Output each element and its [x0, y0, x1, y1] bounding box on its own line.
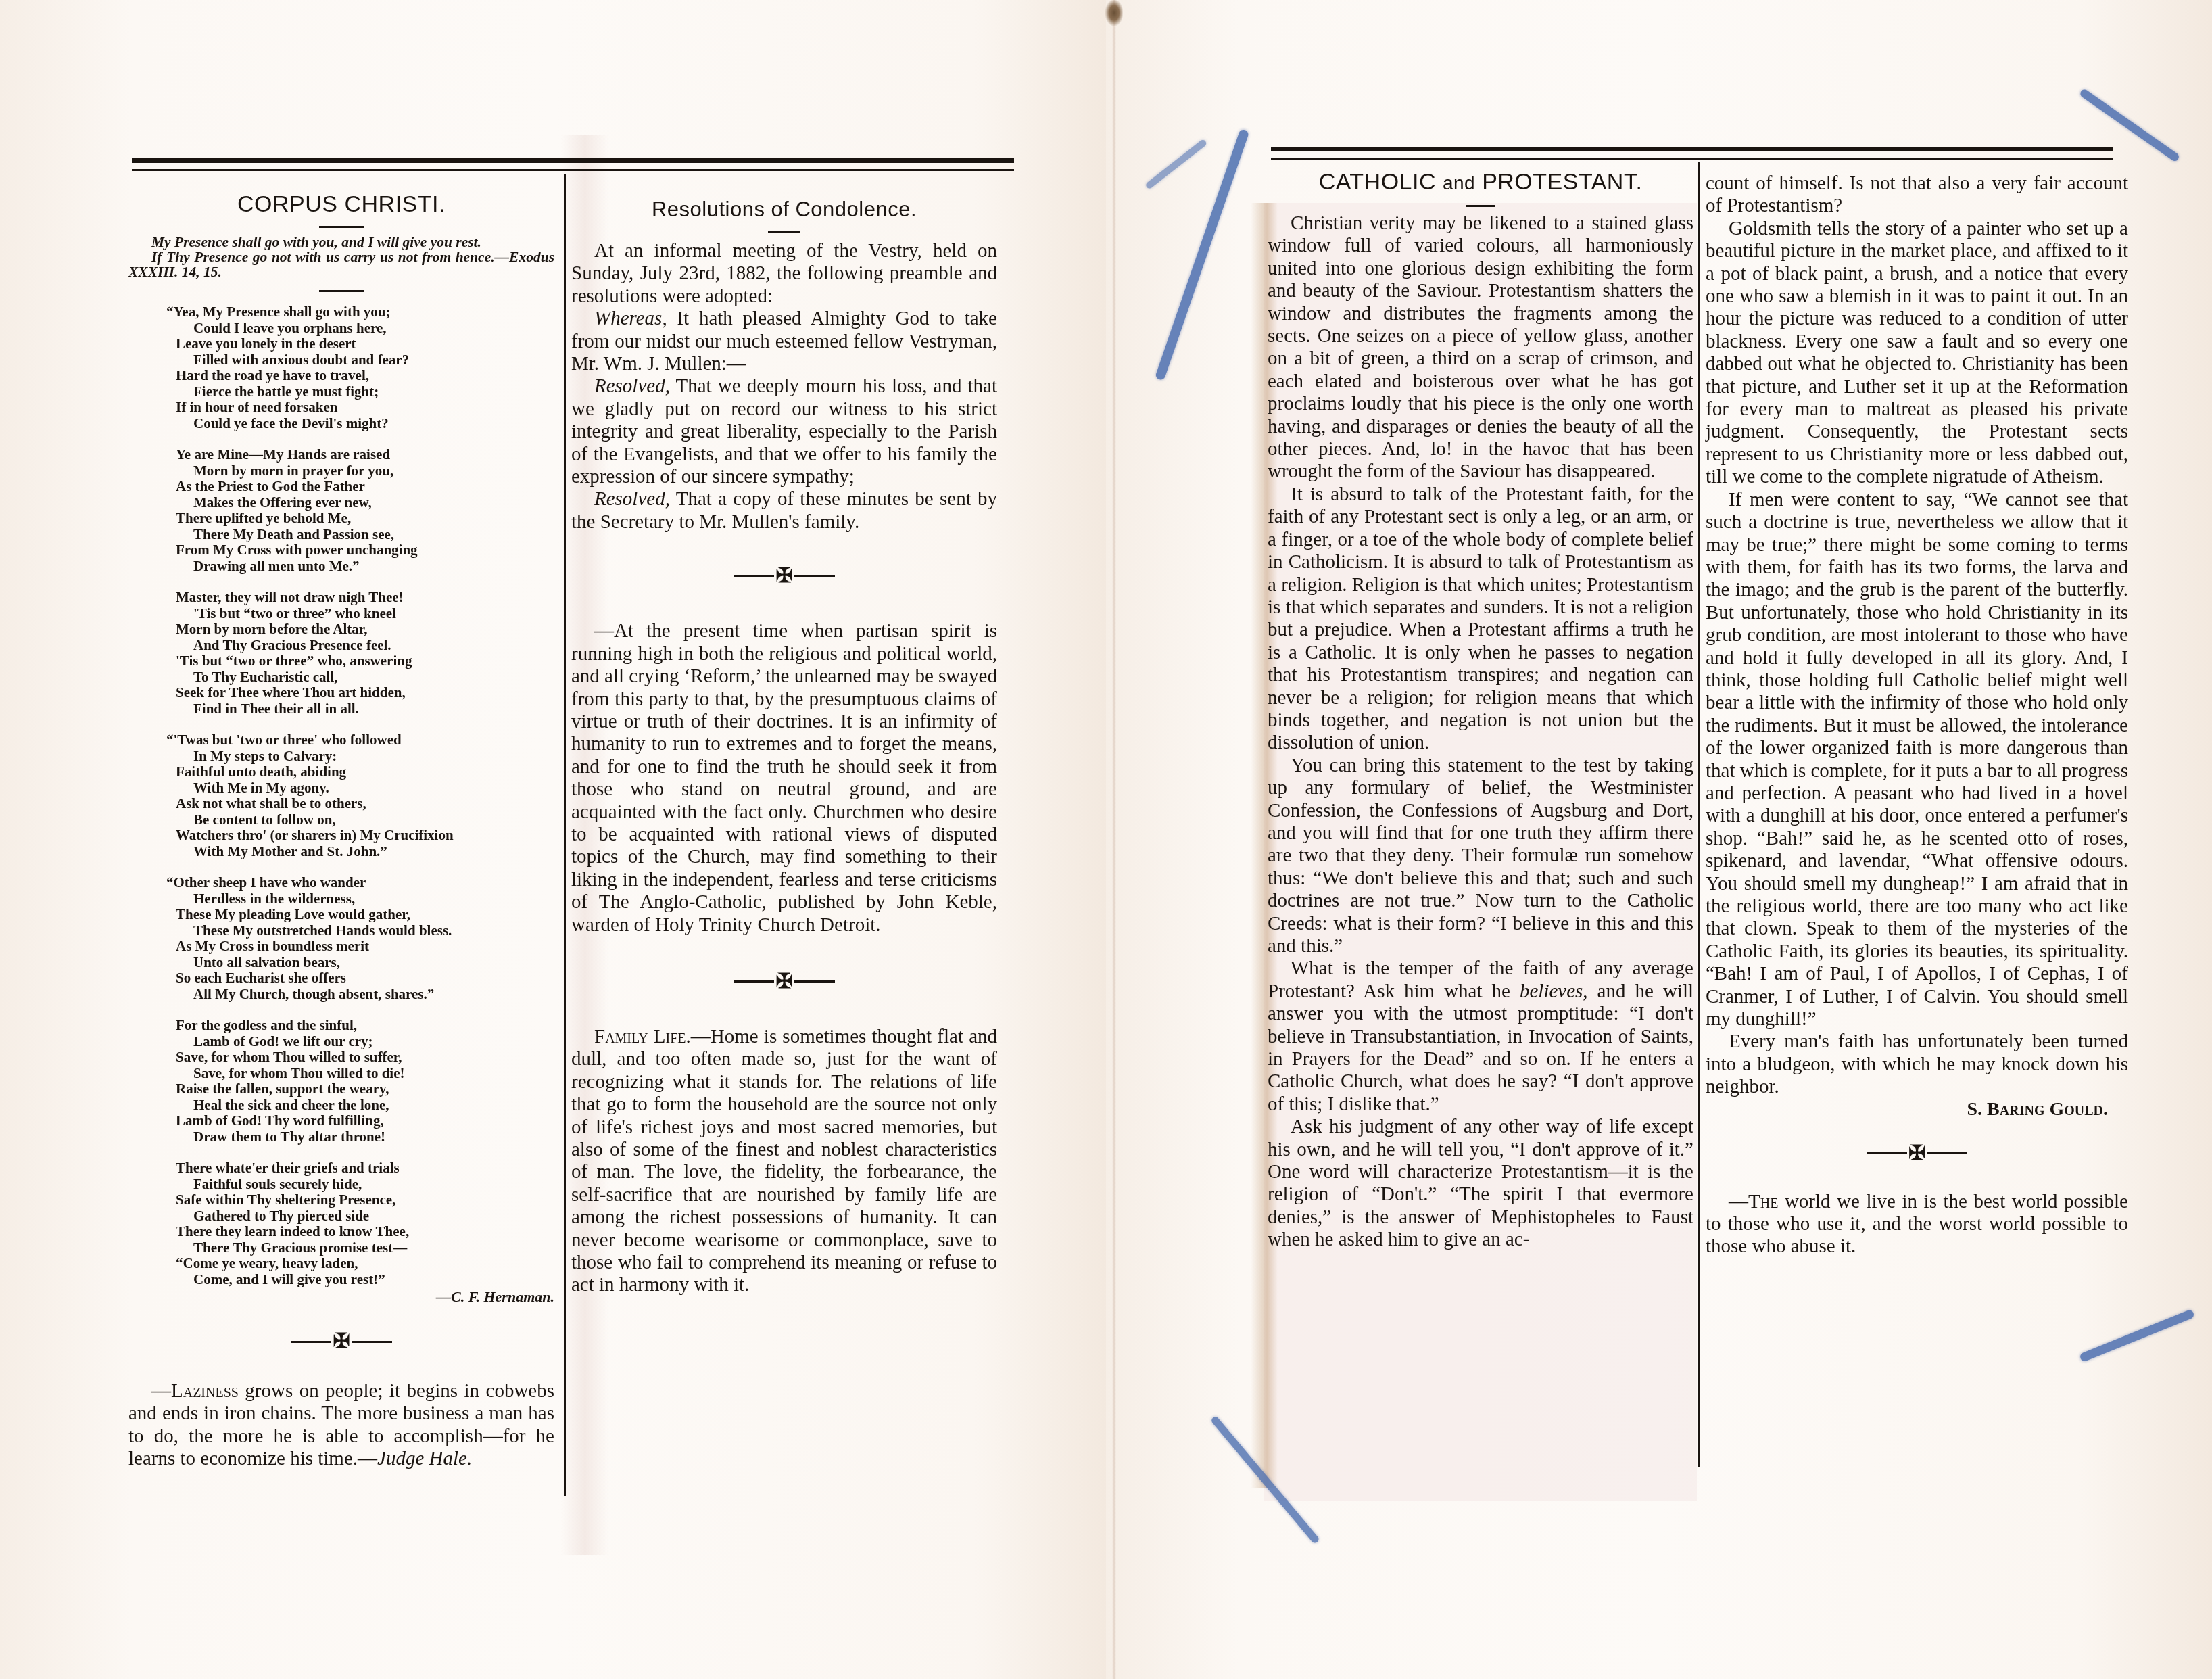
- poem-line: These My outstretched Hands would bless.: [176, 923, 554, 939]
- cross-icon: ✠: [1908, 1143, 1925, 1164]
- laziness-paragraph: —Laziness grows on people; it begins in …: [128, 1380, 554, 1471]
- poem-line: 'Tis but “two or three” who kneel: [176, 606, 554, 622]
- emphasis-believes: believes: [1520, 980, 1583, 1002]
- poem-line: “Come ye weary, heavy laden,: [176, 1256, 554, 1272]
- poem-line: Morn by morn before the Altar,: [176, 621, 554, 638]
- ornamental-divider: ✠: [571, 972, 997, 992]
- world-lead: —The: [1729, 1191, 1778, 1212]
- paragraph: count of himself. Is not that also a ver…: [1706, 172, 2128, 218]
- poem-line: With Me in My agony.: [176, 780, 554, 797]
- poem-line: Makes the Offering ever new,: [176, 495, 554, 511]
- ornamental-divider: ✠: [1706, 1143, 2128, 1164]
- poem-line: So each Eucharist she offers: [176, 970, 554, 987]
- title-rule: [1466, 205, 1495, 207]
- paragraph: Goldsmith tells the story of a painter w…: [1706, 218, 2128, 489]
- poem-line: There My Death and Passion see,: [176, 527, 554, 543]
- poem-line: Safe within Thy sheltering Presence,: [176, 1192, 554, 1208]
- poem-line: Be content to follow on,: [176, 812, 554, 828]
- paragraph: Christian verity may be likened to a sta…: [1268, 212, 1693, 483]
- poem-line: Master, they will not draw nigh Thee!: [176, 590, 554, 606]
- poem-line: Ask not what shall be to others,: [176, 796, 554, 812]
- poem-line: Heal the sick and cheer the lone,: [176, 1097, 554, 1114]
- resolutions-text: At an informal meeting of the Vestry, he…: [571, 240, 997, 534]
- poem-stanza: Master, they will not draw nigh Thee!'Ti…: [176, 590, 554, 717]
- resolutions-intro: At an informal meeting of the Vestry, he…: [571, 240, 997, 308]
- article-title-catholic-protestant: CATHOLIC and PROTESTANT.: [1268, 169, 1693, 195]
- poem-line: Herdless in the wilderness,: [176, 891, 554, 907]
- cross-icon: ✠: [775, 972, 792, 992]
- poem-line: Gathered to Thy pierced side: [176, 1208, 554, 1225]
- poem-line: There Thy Gracious promise test—: [176, 1240, 554, 1256]
- title-part: and: [1443, 172, 1475, 193]
- epigraph-rule: [319, 290, 364, 292]
- poem-stanza: “'Twas but 'two or three' who followedIn…: [176, 732, 554, 859]
- poem-stanza: There whate'er their griefs and trialsFa…: [176, 1160, 554, 1287]
- paragraph: Every man's faith has unfortunately been…: [1706, 1031, 2128, 1098]
- title-part: CATHOLIC: [1319, 169, 1436, 195]
- column-catholic-protestant: CATHOLIC and PROTESTANT. Christian verit…: [1268, 169, 1693, 1252]
- poem-stanza: “Other sheep I have who wanderHerdless i…: [176, 875, 554, 1002]
- poem-line: From My Cross with power unchanging: [176, 542, 554, 559]
- partisan-text: —At the present time when partisan spiri…: [571, 620, 997, 937]
- catholic-protestant-text: Christian verity may be likened to a sta…: [1268, 212, 1693, 1252]
- title-part: PROTESTANT.: [1482, 169, 1642, 195]
- continuation-text: count of himself. Is not that also a ver…: [1706, 172, 2128, 1099]
- poem-line: Ye are Mine—My Hands are raised: [176, 447, 554, 463]
- poem-line: “Yea, My Presence shall go with you;: [166, 304, 554, 321]
- poem-line: There they learn indeed to know Thee,: [176, 1224, 554, 1240]
- top-rule-thick-right: [1271, 147, 2113, 151]
- poem-line: Draw them to Thy altar throne!: [176, 1129, 554, 1145]
- world-paragraph: —The world we live in is the best world …: [1706, 1191, 2128, 1258]
- top-rule-thin-left: [132, 169, 1014, 171]
- paragraph: If men were content to say, “We cannot s…: [1706, 489, 2128, 1031]
- ornamental-divider: ✠: [128, 1331, 554, 1352]
- column-continuation: count of himself. Is not that also a ver…: [1706, 172, 2128, 1258]
- family-life-lead: Family Life.: [594, 1026, 691, 1047]
- poem-line: Unto all salvation bears,: [176, 955, 554, 971]
- poem-line: Lamb of God! we lift our cry;: [176, 1034, 554, 1050]
- epigraph-line: My Presence shall go with you, and I wil…: [128, 235, 554, 250]
- laziness-author: Judge Hale.: [377, 1448, 472, 1469]
- poem-line: Hard the road ye have to travel,: [176, 368, 554, 384]
- cross-icon: ✠: [775, 566, 792, 586]
- poem-line: Watchers thro' (or sharers in) My Crucif…: [176, 828, 554, 844]
- author-signature: S. Baring Gould.: [1706, 1099, 2128, 1120]
- poem-line: Could I leave you orphans here,: [176, 321, 554, 337]
- family-life-paragraph: Family Life.—Home is sometimes thought f…: [571, 1026, 997, 1297]
- resolved-label: Resolved,: [594, 488, 670, 510]
- epigraph-line: If Thy Presence go not with us carry us …: [128, 250, 554, 279]
- column-corpus-christi: CORPUS CHRISTI. My Presence shall go wit…: [128, 191, 554, 1471]
- poem-line: Find in Thee their all in all.: [176, 701, 554, 717]
- poem-stanza: Ye are Mine—My Hands are raisedMorn by m…: [176, 447, 554, 574]
- poem-line: Leave you lonely in the desert: [176, 336, 554, 352]
- resolved-label: Resolved,: [594, 375, 670, 397]
- poem-line: Faithful unto death, abiding: [176, 764, 554, 780]
- paragraph: You can bring this statement to the test…: [1268, 755, 1693, 958]
- poem-line: Save, for whom Thou willed to die!: [176, 1066, 554, 1082]
- poem-line: Drawing all men unto Me.”: [176, 559, 554, 575]
- poem-line: All My Church, though absent, shares.”: [176, 987, 554, 1003]
- title-rule: [319, 226, 364, 228]
- poem-line: “Other sheep I have who wander: [166, 875, 554, 891]
- poem-line: Faithful souls securely hide,: [176, 1177, 554, 1193]
- poem-line: Filled with anxious doubt and fear?: [176, 352, 554, 369]
- poem-line: “'Twas but 'two or three' who followed: [166, 732, 554, 749]
- poem-line: If in hour of need forsaken: [176, 400, 554, 416]
- poem-line: With My Mother and St. John.”: [176, 844, 554, 860]
- poem-line: And Thy Gracious Presence feel.: [176, 638, 554, 654]
- column-divider-right: [1698, 162, 1700, 1467]
- paragraph: It is absurd to talk of the Protestant f…: [1268, 483, 1693, 755]
- poem: “Yea, My Presence shall go with you;Coul…: [128, 304, 554, 1287]
- epigraph: My Presence shall go with you, and I wil…: [128, 235, 554, 279]
- center-fold: [1112, 0, 1116, 1679]
- paragraph: What is the temper of the faith of any a…: [1268, 957, 1693, 1116]
- poem-line: Fierce the battle ye must fight;: [176, 384, 554, 400]
- poem-line: Raise the fallen, support the weary,: [176, 1081, 554, 1097]
- poem-attribution: —C. F. Hernaman.: [128, 1288, 554, 1306]
- cross-icon: ✠: [333, 1331, 350, 1352]
- column-resolutions: Resolutions of Condolence. At an informa…: [571, 197, 997, 1297]
- top-rule-thin-right: [1271, 158, 2113, 160]
- poem-line: Could ye face the Devil's might?: [176, 416, 554, 432]
- poem-line: There uplifted ye behold Me,: [176, 511, 554, 527]
- poem-line: As My Cross in boundless merit: [176, 939, 554, 955]
- poem-stanza: “Yea, My Presence shall go with you;Coul…: [176, 304, 554, 431]
- whereas-label: Whereas,: [594, 308, 667, 329]
- poem-line: As the Priest to God the Father: [176, 479, 554, 495]
- poem-line: 'Tis but “two or three” who, answering: [176, 653, 554, 669]
- poem-line: To Thy Eucharistic call,: [176, 669, 554, 686]
- poem-line: Come, and I will give you rest!”: [176, 1272, 554, 1288]
- family-life-body: —Home is sometimes thought flat and dull…: [571, 1026, 997, 1296]
- title-rule: [768, 231, 800, 233]
- poem-line: Morn by morn in prayer for you,: [176, 463, 554, 479]
- ornamental-divider: ✠: [571, 566, 997, 586]
- top-rule-thick-left: [132, 158, 1014, 163]
- poem-line: For the godless and the sinful,: [176, 1018, 554, 1034]
- article-title-resolutions: Resolutions of Condolence.: [571, 197, 997, 222]
- partisan-paragraph: —At the present time when partisan spiri…: [571, 620, 997, 937]
- poem-line: Seek for Thee where Thou art hidden,: [176, 685, 554, 701]
- poem-line: Lamb of God! Thy word fulfilling,: [176, 1113, 554, 1129]
- fold-tear-mark: [1105, 0, 1123, 26]
- article-title-corpus-christi: CORPUS CHRISTI.: [128, 191, 554, 218]
- column-divider-left: [564, 174, 566, 1496]
- poem-stanza: For the godless and the sinful,Lamb of G…: [176, 1018, 554, 1145]
- poem-line: These My pleading Love would gather,: [176, 907, 554, 923]
- poem-line: Save, for whom Thou willed to suffer,: [176, 1049, 554, 1066]
- poem-line: In My steps to Calvary:: [176, 749, 554, 765]
- paragraph: Ask his judgment of any other way of lif…: [1268, 1116, 1693, 1251]
- poem-line: There whate'er their griefs and trials: [176, 1160, 554, 1177]
- laziness-lead: —Laziness: [151, 1380, 239, 1402]
